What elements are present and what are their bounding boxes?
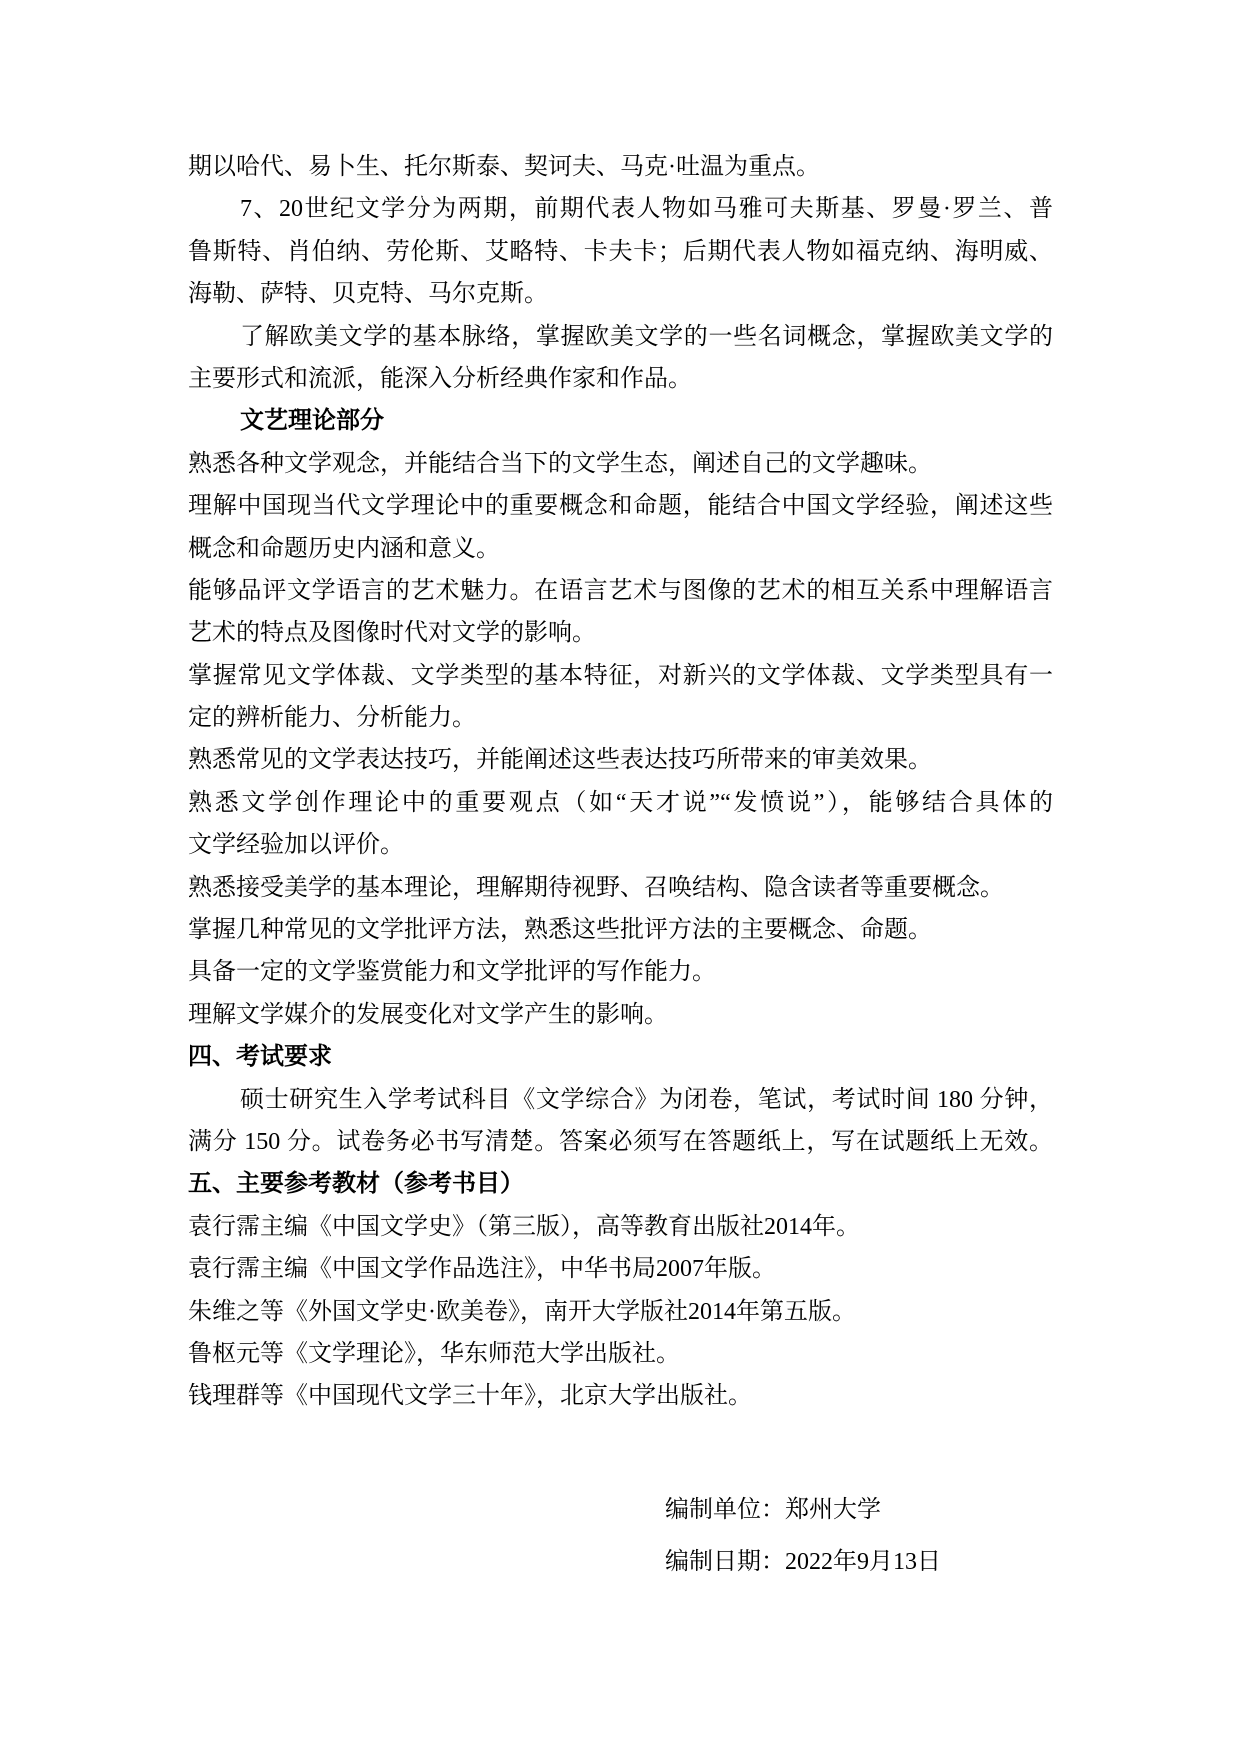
text-line: 文学经验加以评价。 xyxy=(188,824,1053,866)
document-body: 期以哈代、易卜生、托尔斯泰、契诃夫、马克·吐温为重点。7、20世纪文学分为两期，… xyxy=(188,146,1053,1588)
text-line: 硕士研究生入学考试科目《文学综合》为闭卷，笔试，考试时间 180 分钟， xyxy=(188,1079,1053,1121)
text-line: 钱理群等《中国现代文学三十年》，北京大学出版社。 xyxy=(188,1375,1053,1417)
footer-unit-line: 编制单位：郑州大学 xyxy=(665,1484,1053,1536)
text-line: 期以哈代、易卜生、托尔斯泰、契诃夫、马克·吐温为重点。 xyxy=(188,146,1053,188)
text-line: 艺术的特点及图像时代对文学的影响。 xyxy=(188,612,1053,654)
text-line: 熟悉文学创作理论中的重要观点（如“天才说”“发愤说”），能够结合具体的 xyxy=(188,782,1053,824)
text-line: 掌握常见文学体裁、文学类型的基本特征，对新兴的文学体裁、文学类型具有一 xyxy=(188,655,1053,697)
text-line: 熟悉常见的文学表达技巧，并能阐述这些表达技巧所带来的审美效果。 xyxy=(188,739,1053,781)
text-line: 袁行霈主编《中国文学作品选注》，中华书局2007年版。 xyxy=(188,1248,1053,1290)
text-line: 熟悉接受美学的基本理论，理解期待视野、召唤结构、隐含读者等重要概念。 xyxy=(188,867,1053,909)
text-line: 理解中国现当代文学理论中的重要概念和命题，能结合中国文学经验，阐述这些 xyxy=(188,485,1053,527)
text-line: 概念和命题历史内涵和意义。 xyxy=(188,528,1053,570)
section-heading-exam-requirements: 四、考试要求 xyxy=(188,1036,1053,1078)
text-line: 满分 150 分。试卷务必书写清楚。答案必须写在答题纸上，写在试题纸上无效。 xyxy=(188,1121,1053,1163)
section-heading-references: 五、主要参考教材（参考书目） xyxy=(188,1163,1053,1205)
text-line: 朱维之等《外国文学史·欧美卷》，南开大学版社2014年第五版。 xyxy=(188,1291,1053,1333)
text-line: 了解欧美文学的基本脉络，掌握欧美文学的一些名词概念，掌握欧美文学的 xyxy=(188,316,1053,358)
text-line: 主要形式和流派，能深入分析经典作家和作品。 xyxy=(188,358,1053,400)
text-line: 7、20世纪文学分为两期，前期代表人物如马雅可夫斯基、罗曼·罗兰、普 xyxy=(188,188,1053,230)
text-line: 具备一定的文学鉴赏能力和文学批评的写作能力。 xyxy=(188,951,1053,993)
text-line: 定的辨析能力、分析能力。 xyxy=(188,697,1053,739)
text-line: 袁行霈主编《中国文学史》（第三版），高等教育出版社2014年。 xyxy=(188,1206,1053,1248)
document-page: 期以哈代、易卜生、托尔斯泰、契诃夫、马克·吐温为重点。7、20世纪文学分为两期，… xyxy=(0,0,1240,1754)
section-heading-literary-theory: 文艺理论部分 xyxy=(188,400,1053,442)
text-line: 海勒、萨特、贝克特、马尔克斯。 xyxy=(188,273,1053,315)
footer-date-line: 编制日期：2022年9月13日 xyxy=(665,1536,1053,1588)
text-line: 理解文学媒介的发展变化对文学产生的影响。 xyxy=(188,994,1053,1036)
text-line: 能够品评文学语言的艺术魅力。在语言艺术与图像的艺术的相互关系中理解语言 xyxy=(188,570,1053,612)
page-footer: 编制单位：郑州大学 编制日期：2022年9月13日 xyxy=(665,1484,1053,1588)
text-line: 熟悉各种文学观念，并能结合当下的文学生态，阐述自己的文学趣味。 xyxy=(188,443,1053,485)
text-line: 鲁斯特、肖伯纳、劳伦斯、艾略特、卡夫卡；后期代表人物如福克纳、海明威、 xyxy=(188,231,1053,273)
text-line: 掌握几种常见的文学批评方法，熟悉这些批评方法的主要概念、命题。 xyxy=(188,909,1053,951)
text-line: 鲁枢元等《文学理论》，华东师范大学出版社。 xyxy=(188,1333,1053,1375)
